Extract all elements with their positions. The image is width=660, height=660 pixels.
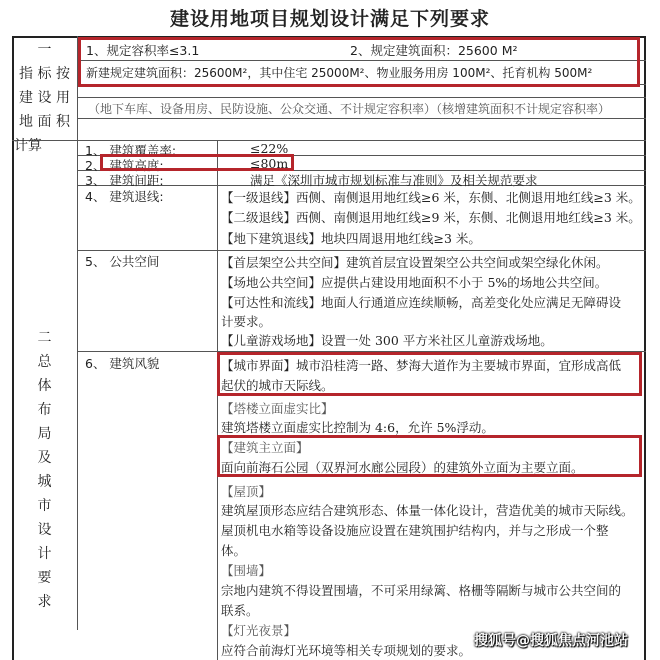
label-line: 体	[12, 374, 77, 398]
row-divider	[77, 118, 646, 119]
architecture-line: 建筑塔楼立面虚实比控制为 4:6，允许 5%浮动。	[221, 418, 494, 436]
label-line: 局	[12, 422, 77, 446]
label-line: 计算	[12, 134, 77, 158]
section1-label: 一 指 标 按 建 设 用 地 面 积 计算	[12, 38, 77, 158]
watermark: 搜狐号@搜狐焦点河池站	[474, 630, 628, 650]
label-line: 及	[12, 446, 77, 470]
public-space-line: 计要求。	[221, 312, 271, 330]
highlight-box-height	[100, 154, 294, 171]
architecture-line: 宗地内建筑不得设置围墙，不可采用绿篱、格栅等隔断与城市公共空间的	[221, 581, 621, 599]
label-line: 计	[12, 542, 77, 566]
highlight-box-main-facade	[217, 435, 642, 477]
public-space-line: 【可达性和流线】地面人行通道应连续顺畅，高差变化处应满足无障碍设	[221, 293, 621, 311]
section2-label: 二 总 体 布 局 及 城 市 设 计 要 求	[12, 326, 77, 614]
label-line: 要	[12, 566, 77, 590]
architecture-line: 【塔楼立面虚实比】	[221, 399, 334, 417]
setback-line: 【一级退线】西侧、南侧退用地红线≥6 米，东侧、北侧退用地红线≥3 米。	[221, 188, 641, 206]
label-line: 求	[12, 590, 77, 614]
row-divider	[77, 250, 646, 251]
page-title: 建设用地项目规划设计满足下列要求	[0, 4, 660, 31]
label-line: 布	[12, 398, 77, 422]
item-label-setback: 4、 建筑退线:	[85, 187, 164, 205]
architecture-line: 【围墙】	[221, 561, 271, 579]
highlight-box-city-interface	[217, 352, 642, 396]
label-line: 指 标 按	[12, 62, 77, 86]
label-line: 城	[12, 470, 77, 494]
setback-line: 【地下建筑退线】地块四周退用地红线≥3 米。	[221, 229, 481, 247]
architecture-line: 【灯光夜景】	[221, 621, 296, 639]
item-value-spacing: 满足《深圳市城市规划标准与准则》及相关规范要求	[250, 171, 538, 189]
excluded-areas-note: （地下车库、设备用房、民防设施、公众交通、不计规定容积率）（核增建筑面积不计规定…	[88, 100, 610, 117]
label-line: 设	[12, 518, 77, 542]
public-space-line: 【儿童游戏场地】设置一处 300 平方米社区儿童游戏场地。	[221, 331, 553, 349]
label-column-divider	[77, 36, 78, 630]
label-line: 地 面 积	[12, 110, 77, 134]
item-label-public-space: 5、 公共空间	[85, 252, 159, 270]
label-line: 市	[12, 494, 77, 518]
setback-line: 【二级退线】西侧、南侧退用地红线≥9 米，东侧、北侧退用地红线≥3 米。	[221, 208, 641, 226]
item-label-architecture: 6、 建筑风貌	[85, 354, 159, 372]
architecture-line: 屋顶机电水箱等设备设施应设置在建筑围护结构内，并与之形成一个整	[221, 521, 609, 539]
architecture-line: 【屋顶】	[221, 482, 271, 500]
public-space-line: 【首层架空公共空间】建筑首层宜设置架空公共空间或架空绿化休闲。	[221, 253, 609, 271]
public-space-line: 【场地公共空间】应提供占建设用地面积不小于 5%的场地公共空间。	[221, 273, 607, 291]
value-column-divider	[217, 140, 218, 660]
label-line: 总	[12, 350, 77, 374]
architecture-line: 体。	[221, 541, 246, 559]
highlight-box-area-metrics	[78, 37, 640, 87]
row-divider	[77, 97, 646, 98]
label-line: 二	[12, 326, 77, 350]
architecture-line: 联系。	[221, 601, 259, 619]
architecture-line: 建筑屋顶形态应结合建筑形态、体量一体化设计，营造优美的城市天际线。	[221, 501, 634, 519]
label-line: 建 设 用	[12, 86, 77, 110]
label-line: 一	[12, 38, 77, 62]
architecture-line: 应符合前海灯光环境等相关专项规划的要求。	[221, 641, 471, 659]
